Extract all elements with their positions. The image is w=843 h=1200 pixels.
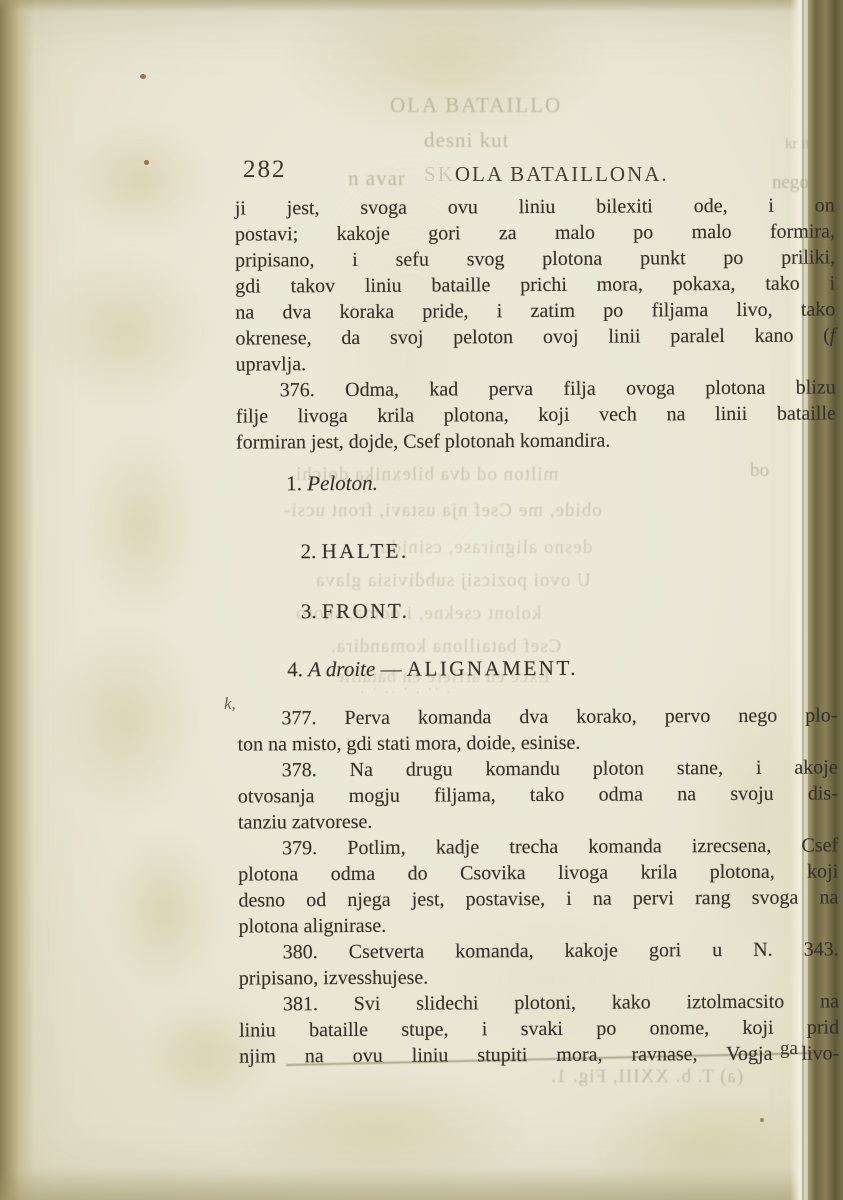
- text-run: filje livoga krila plotona, koji vech na…: [236, 402, 836, 427]
- bleedthrough-text: OLA BATAILLO: [390, 93, 562, 118]
- text-run: ton na misto, gdi stati mora, doide, esi…: [238, 732, 581, 756]
- text-line: 377. Perva komanda dva korako, pervo neg…: [237, 702, 837, 731]
- text-run: 378. Na drugu komandu ploton stane, i ak…: [282, 756, 838, 781]
- text-run: plotona odma do Csovika livoga krila plo…: [238, 860, 838, 885]
- text-run: liniu bataille stupe, i svaki po onome, …: [239, 1016, 839, 1041]
- text-run: postavi; kakoje gori za malo po malo for…: [235, 220, 835, 245]
- text-line: ton na misto, gdi stati mora, doide, esi…: [238, 728, 838, 757]
- text-line: plotona odma do Csovika livoga krila plo…: [238, 858, 838, 887]
- text-line: pripisano, izvesshujese.: [239, 962, 839, 991]
- text-run: na dva koraka pride, i zatim po filjama …: [235, 298, 835, 323]
- text-run: otvosanja mogju filjama, tako odma na sv…: [238, 782, 838, 807]
- text-run: 376. Odma, kad perva filja ovoga plotona…: [280, 376, 836, 401]
- text-line: gdi takov liniu bataille prichi mora, po…: [235, 270, 835, 299]
- paper-stain: [230, 1070, 530, 1190]
- text-line: pripisano, i sefu svog plotona punkt po …: [235, 244, 835, 273]
- text-line: liniu bataille stupe, i svaki po onome, …: [239, 1014, 839, 1043]
- text-run: tanziu zatvorese.: [238, 811, 372, 834]
- text-line: desno od njega jest, postavise, i na per…: [238, 884, 838, 913]
- text-run: —: [375, 657, 407, 681]
- paper-stain: [280, 0, 610, 140]
- paper-speck: [144, 160, 149, 165]
- text-line: upravlja.: [236, 348, 836, 377]
- text-run: 379. Potlim, kadje trecha komanda izrecs…: [282, 834, 838, 859]
- text-line: 379. Potlim, kadje trecha komanda izrecs…: [238, 832, 838, 861]
- bleedthrough-text: desni kut: [424, 128, 509, 153]
- paper-stain: [110, 830, 220, 990]
- text-line: ji jest, svoga ovu liniu bilexiti ode, i…: [235, 192, 835, 221]
- text-run: pripisano, i sefu svog plotona punkt po …: [235, 246, 835, 271]
- bleedthrough-text: n avar: [348, 166, 406, 191]
- running-header-faded-letters: SK: [424, 162, 455, 186]
- text-line: njim na ovu liniu stupiti mora, ravnase,…: [239, 1040, 839, 1069]
- page-edge-left: [0, 0, 34, 1200]
- text-run: ji jest, svoga ovu liniu bilexiti ode, i…: [235, 194, 835, 219]
- page-number: 282: [243, 156, 287, 184]
- text-run: ALIGNAMENT.: [407, 656, 578, 681]
- command-line-1: 1. Peloton.: [286, 466, 836, 497]
- text-line: okrenese, da svoj peloton ovoj linii par…: [235, 322, 835, 351]
- paper-stain: [70, 120, 210, 240]
- text-run: HALTE.: [322, 539, 409, 563]
- text-run: 1.: [286, 471, 307, 495]
- paper-stain: [50, 620, 200, 820]
- paper-stain: [40, 250, 210, 410]
- text-run: plotona alignirase.: [238, 915, 386, 938]
- text-run: f: [830, 324, 836, 346]
- text-run: Peloton.: [307, 471, 378, 495]
- paper-speck: [760, 1118, 764, 1122]
- command-line-4: 4. A droite — ALIGNAMENT.: [287, 652, 837, 683]
- text-run: njim na ovu liniu stupiti mora, ravnase,…: [239, 1042, 839, 1067]
- text-line: filje livoga krila plotona, koji vech na…: [236, 400, 836, 429]
- bleedthrough-text: nego: [772, 172, 809, 194]
- text-run: desno od njega jest, postavise, i na per…: [238, 886, 838, 911]
- command-line-2: 2. HALTE.: [301, 534, 837, 565]
- running-header-visible: OLA BATAILLONA.: [455, 162, 669, 186]
- command-line-3: 3. FRONT.: [301, 594, 837, 625]
- text-run: gdi takov liniu bataille prichi mora, po…: [235, 272, 835, 297]
- text-run: 380. Csetverta komanda, kakoje gori u N.…: [283, 938, 839, 963]
- page-edge-top: [0, 0, 843, 12]
- running-header-title: SKOLA BATAILLONA.: [424, 162, 669, 187]
- text-run: okrenese, da svoj peloton ovoj linii par…: [235, 324, 830, 349]
- text-line: formiran jest, dojde, Csef plotonah koma…: [236, 426, 836, 455]
- text-run: 377. Perva komanda dva korako, pervo neg…: [281, 704, 837, 729]
- paper-speck: [140, 74, 146, 79]
- text-run: formiran jest, dojde, Csef plotonah koma…: [236, 430, 610, 454]
- text-run: 4.: [287, 657, 308, 681]
- text-run: 2.: [301, 539, 322, 563]
- text-run: pripisano, izvesshujese.: [239, 967, 429, 990]
- paper-stain: [590, 1090, 830, 1200]
- margin-mark: k,: [224, 694, 236, 714]
- text-run: A droite: [308, 657, 375, 681]
- text-line: plotona alignirase.: [238, 910, 838, 939]
- text-line: postavi; kakoje gori za malo po malo for…: [235, 218, 835, 247]
- bleedthrough-text: (a) T. b. XXIII, Fig. 1.: [550, 1066, 743, 1088]
- text-line: na dva koraka pride, i zatim po filjama …: [235, 296, 835, 325]
- text-line: 381. Svi slidechi plotoni, kako iztolmac…: [239, 988, 839, 1017]
- text-line: tanziu zatvorese.: [238, 806, 838, 835]
- text-line: 376. Odma, kad perva filja ovoga plotona…: [236, 374, 836, 403]
- body-text-column: ji jest, svoga ovu liniu bilexiti ode, i…: [235, 192, 840, 1069]
- text-run: 3.: [301, 599, 322, 623]
- text-run: 381. Svi slidechi plotoni, kako iztolmac…: [283, 990, 839, 1015]
- paper-stain: [80, 430, 200, 620]
- book-page: OLA BATAILLOdesni kutkr itn avarnegobomi…: [0, 0, 843, 1200]
- text-line: otvosanja mogju filjama, tako odma na sv…: [238, 780, 838, 809]
- catchword: ga: [780, 1038, 798, 1060]
- text-line: 380. Csetverta komanda, kakoje gori u N.…: [239, 936, 839, 965]
- text-run: FRONT.: [322, 599, 410, 623]
- page-edge-bottom: [0, 1168, 843, 1200]
- text-run: upravlja.: [236, 353, 307, 375]
- text-line: 378. Na drugu komandu ploton stane, i ak…: [238, 754, 838, 783]
- bleedthrough-text: kr it: [785, 136, 810, 153]
